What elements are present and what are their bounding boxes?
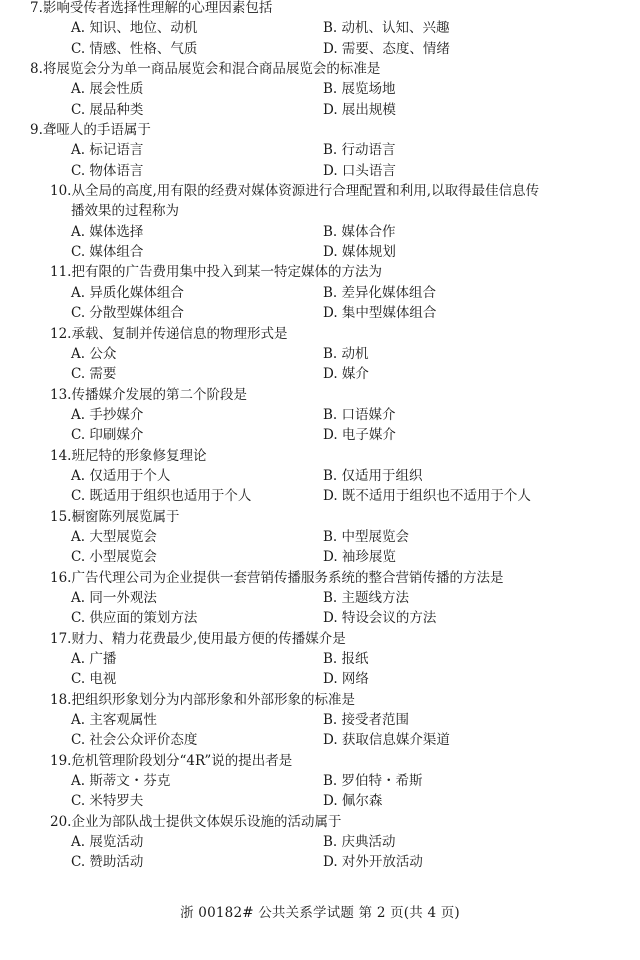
- question-stem: 14.班尼特的形象修复理论: [0, 446, 640, 466]
- option-c: C. 小型展览会: [71, 547, 157, 567]
- option-b: B. 行动语言: [323, 140, 396, 160]
- option-row: A. 知识、地位、动机B. 动机、认知、兴趣: [0, 18, 640, 38]
- option-d: D. 对外开放活动: [323, 852, 423, 872]
- option-a: A. 公众: [71, 344, 116, 364]
- option-d: D. 媒体规划: [323, 242, 396, 262]
- question-text: 危机管理阶段划分“4R”说的提出者是: [71, 753, 292, 769]
- option-d: D. 既不适用于组织也不适用于个人: [323, 486, 531, 506]
- question-item: 16.广告代理公司为企业提供一套营销传播服务系统的整合营销传播的方法是A. 同一…: [0, 568, 640, 629]
- option-d: D. 电子媒介: [323, 425, 396, 445]
- question-number: 15.: [50, 507, 71, 527]
- option-d: D. 获取信息媒介渠道: [323, 730, 450, 750]
- question-text: 橱窗陈列展览属于: [71, 509, 179, 525]
- question-number: 16.: [50, 568, 71, 588]
- option-b: B. 主题线方法: [323, 588, 409, 608]
- question-text: 聋哑人的手语属于: [43, 122, 151, 138]
- option-d: D. 需要、态度、情绪: [323, 39, 450, 59]
- option-c: C. 分散型媒体组合: [71, 303, 184, 323]
- option-a: A. 同一外观法: [71, 588, 157, 608]
- question-text: 把有限的广告费用集中投入到某一特定媒体的方法为: [71, 264, 382, 280]
- question-stem: 17.财力、精力花费最少,使用最方便的传播媒介是: [0, 629, 640, 649]
- question-stem: 9.聋哑人的手语属于: [0, 120, 640, 140]
- page-footer: 浙 00182# 公共关系学试题 第 2 页(共 4 页): [0, 903, 640, 923]
- question-item: 20.企业为部队战士提供文体娱乐设施的活动属于A. 展览活动B. 庆典活动C. …: [0, 812, 640, 873]
- option-a: A. 展览活动: [71, 832, 143, 852]
- question-stem: 20.企业为部队战士提供文体娱乐设施的活动属于: [0, 812, 640, 832]
- option-row: C. 情感、性格、气质D. 需要、态度、情绪: [0, 39, 640, 59]
- option-row: A. 同一外观法B. 主题线方法: [0, 588, 640, 608]
- option-row: C. 小型展览会D. 袖珍展览: [0, 547, 640, 567]
- option-row: A. 主客观属性B. 接受者范围: [0, 710, 640, 730]
- option-a: A. 仅适用于个人: [71, 466, 170, 486]
- option-b: B. 差异化媒体组合: [323, 283, 436, 303]
- option-row: C. 米特罗夫D. 佩尔森: [0, 791, 640, 811]
- option-row: C. 既适用于组织也适用于个人D. 既不适用于组织也不适用于个人: [0, 486, 640, 506]
- option-b: B. 动机、认知、兴趣: [323, 18, 450, 38]
- option-a: A. 手抄媒介: [71, 405, 143, 425]
- question-number: 10.: [50, 181, 71, 201]
- question-stem: 16.广告代理公司为企业提供一套营销传播服务系统的整合营销传播的方法是: [0, 568, 640, 588]
- option-row: C. 媒体组合D. 媒体规划: [0, 242, 640, 262]
- option-d: D. 网络: [323, 669, 369, 689]
- question-stem: 19.危机管理阶段划分“4R”说的提出者是: [0, 751, 640, 771]
- option-d: D. 媒介: [323, 364, 369, 384]
- question-number: 12.: [50, 324, 71, 344]
- question-item: 10.从全局的高度,用有限的经费对媒体资源进行合理配置和利用,以取得最佳信息传播…: [0, 181, 640, 262]
- question-text: 企业为部队战士提供文体娱乐设施的活动属于: [71, 814, 341, 830]
- question-item: 11.把有限的广告费用集中投入到某一特定媒体的方法为A. 异质化媒体组合B. 差…: [0, 262, 640, 323]
- exam-page: 7.影响受传者选择性理解的心理因素包括A. 知识、地位、动机B. 动机、认知、兴…: [0, 0, 640, 960]
- option-d: D. 袖珍展览: [323, 547, 396, 567]
- option-row: A. 斯蒂文・芬克B. 罗伯特・希斯: [0, 771, 640, 791]
- question-number: 13.: [50, 385, 71, 405]
- option-row: C. 赞助活动D. 对外开放活动: [0, 852, 640, 872]
- option-d: D. 集中型媒体组合: [323, 303, 436, 323]
- option-row: A. 手抄媒介B. 口语媒介: [0, 405, 640, 425]
- option-d: D. 佩尔森: [323, 791, 382, 811]
- option-row: A. 展会性质B. 展览场地: [0, 79, 640, 99]
- option-row: A. 仅适用于个人B. 仅适用于组织: [0, 466, 640, 486]
- option-b: B. 中型展览会: [323, 527, 409, 547]
- question-item: 15.橱窗陈列展览属于A. 大型展览会B. 中型展览会C. 小型展览会D. 袖珍…: [0, 507, 640, 568]
- question-number: 14.: [50, 446, 71, 466]
- question-item: 12.承载、复制并传递信息的物理形式是A. 公众B. 动机C. 需要D. 媒介: [0, 324, 640, 385]
- option-c: C. 电视: [71, 669, 116, 689]
- question-text: 把组织形象划分为内部形象和外部形象的标准是: [71, 692, 355, 708]
- option-c: C. 赞助活动: [71, 852, 143, 872]
- question-stem: 18.把组织形象划分为内部形象和外部形象的标准是: [0, 690, 640, 710]
- question-text: 从全局的高度,用有限的经费对媒体资源进行合理配置和利用,以取得最佳信息传: [71, 183, 539, 199]
- option-row: A. 公众B. 动机: [0, 344, 640, 364]
- option-c: C. 需要: [71, 364, 116, 384]
- question-stem: 11.把有限的广告费用集中投入到某一特定媒体的方法为: [0, 262, 640, 282]
- option-d: D. 展出规模: [323, 100, 396, 120]
- question-stem: 8.将展览会分为单一商品展览会和混合商品展览会的标准是: [0, 59, 640, 79]
- option-row: C. 需要D. 媒介: [0, 364, 640, 384]
- question-number: 11.: [50, 262, 71, 282]
- option-b: B. 庆典活动: [323, 832, 396, 852]
- option-row: A. 大型展览会B. 中型展览会: [0, 527, 640, 547]
- question-list: 7.影响受传者选择性理解的心理因素包括A. 知识、地位、动机B. 动机、认知、兴…: [0, 0, 640, 873]
- question-text: 承载、复制并传递信息的物理形式是: [71, 326, 287, 342]
- option-c: C. 展品种类: [71, 100, 143, 120]
- question-stem: 15.橱窗陈列展览属于: [0, 507, 640, 527]
- question-number: 18.: [50, 690, 71, 710]
- option-row: C. 印刷媒介D. 电子媒介: [0, 425, 640, 445]
- option-a: A. 知识、地位、动机: [71, 18, 197, 38]
- question-stem-continued: 播效果的过程称为: [0, 201, 640, 221]
- option-row: C. 物体语言D. 口头语言: [0, 161, 640, 181]
- question-item: 13.传播媒介发展的第二个阶段是A. 手抄媒介B. 口语媒介C. 印刷媒介D. …: [0, 385, 640, 446]
- option-row: A. 广播B. 报纸: [0, 649, 640, 669]
- question-stem: 10.从全局的高度,用有限的经费对媒体资源进行合理配置和利用,以取得最佳信息传: [0, 181, 640, 201]
- option-c: C. 媒体组合: [71, 242, 143, 262]
- option-b: B. 展览场地: [323, 79, 396, 99]
- option-c: C. 既适用于组织也适用于个人: [71, 486, 251, 506]
- option-c: C. 印刷媒介: [71, 425, 143, 445]
- option-b: B. 口语媒介: [323, 405, 396, 425]
- option-row: A. 标记语言B. 行动语言: [0, 140, 640, 160]
- option-a: A. 标记语言: [71, 140, 143, 160]
- question-number: 19.: [50, 751, 71, 771]
- question-text: 广告代理公司为企业提供一套营销传播服务系统的整合营销传播的方法是: [71, 570, 503, 586]
- option-b: B. 动机: [323, 344, 369, 364]
- option-d: D. 口头语言: [323, 161, 396, 181]
- question-text: 播效果的过程称为: [71, 203, 179, 219]
- option-row: C. 社会公众评价态度D. 获取信息媒介渠道: [0, 730, 640, 750]
- option-c: C. 情感、性格、气质: [71, 39, 197, 59]
- option-d: D. 特设会议的方法: [323, 608, 436, 628]
- option-a: A. 主客观属性: [71, 710, 157, 730]
- question-item: 7.影响受传者选择性理解的心理因素包括A. 知识、地位、动机B. 动机、认知、兴…: [0, 0, 640, 59]
- option-a: A. 展会性质: [71, 79, 143, 99]
- option-row: A. 展览活动B. 庆典活动: [0, 832, 640, 852]
- option-row: C. 展品种类D. 展出规模: [0, 100, 640, 120]
- question-text: 影响受传者选择性理解的心理因素包括: [43, 0, 273, 16]
- option-b: B. 报纸: [323, 649, 369, 669]
- option-row: A. 媒体选择B. 媒体合作: [0, 222, 640, 242]
- option-c: C. 物体语言: [71, 161, 143, 181]
- option-b: B. 仅适用于组织: [323, 466, 423, 486]
- option-a: A. 斯蒂文・芬克: [71, 771, 170, 791]
- option-b: B. 接受者范围: [323, 710, 409, 730]
- question-number: 17.: [50, 629, 71, 649]
- option-b: B. 罗伯特・希斯: [323, 771, 423, 791]
- option-c: C. 供应面的策划方法: [71, 608, 197, 628]
- question-number: 20.: [50, 812, 71, 832]
- question-item: 9.聋哑人的手语属于A. 标记语言B. 行动语言C. 物体语言D. 口头语言: [0, 120, 640, 181]
- option-row: C. 分散型媒体组合D. 集中型媒体组合: [0, 303, 640, 323]
- question-stem: 7.影响受传者选择性理解的心理因素包括: [0, 0, 640, 18]
- question-item: 17.财力、精力花费最少,使用最方便的传播媒介是A. 广播B. 报纸C. 电视D…: [0, 629, 640, 690]
- question-item: 14.班尼特的形象修复理论A. 仅适用于个人B. 仅适用于组织C. 既适用于组织…: [0, 446, 640, 507]
- question-text: 传播媒介发展的第二个阶段是: [71, 387, 247, 403]
- option-row: C. 电视D. 网络: [0, 669, 640, 689]
- option-a: A. 媒体选择: [71, 222, 143, 242]
- option-a: A. 大型展览会: [71, 527, 157, 547]
- option-row: A. 异质化媒体组合B. 差异化媒体组合: [0, 283, 640, 303]
- option-a: A. 异质化媒体组合: [71, 283, 184, 303]
- option-row: C. 供应面的策划方法D. 特设会议的方法: [0, 608, 640, 628]
- question-stem: 12.承载、复制并传递信息的物理形式是: [0, 324, 640, 344]
- question-text: 将展览会分为单一商品展览会和混合商品展览会的标准是: [43, 61, 381, 77]
- question-text: 班尼特的形象修复理论: [71, 448, 206, 464]
- question-text: 财力、精力花费最少,使用最方便的传播媒介是: [71, 631, 345, 647]
- option-a: A. 广播: [71, 649, 116, 669]
- option-c: C. 社会公众评价态度: [71, 730, 197, 750]
- question-item: 18.把组织形象划分为内部形象和外部形象的标准是A. 主客观属性B. 接受者范围…: [0, 690, 640, 751]
- question-item: 8.将展览会分为单一商品展览会和混合商品展览会的标准是A. 展会性质B. 展览场…: [0, 59, 640, 120]
- question-stem: 13.传播媒介发展的第二个阶段是: [0, 385, 640, 405]
- option-c: C. 米特罗夫: [71, 791, 143, 811]
- option-b: B. 媒体合作: [323, 222, 396, 242]
- question-item: 19.危机管理阶段划分“4R”说的提出者是A. 斯蒂文・芬克B. 罗伯特・希斯C…: [0, 751, 640, 812]
